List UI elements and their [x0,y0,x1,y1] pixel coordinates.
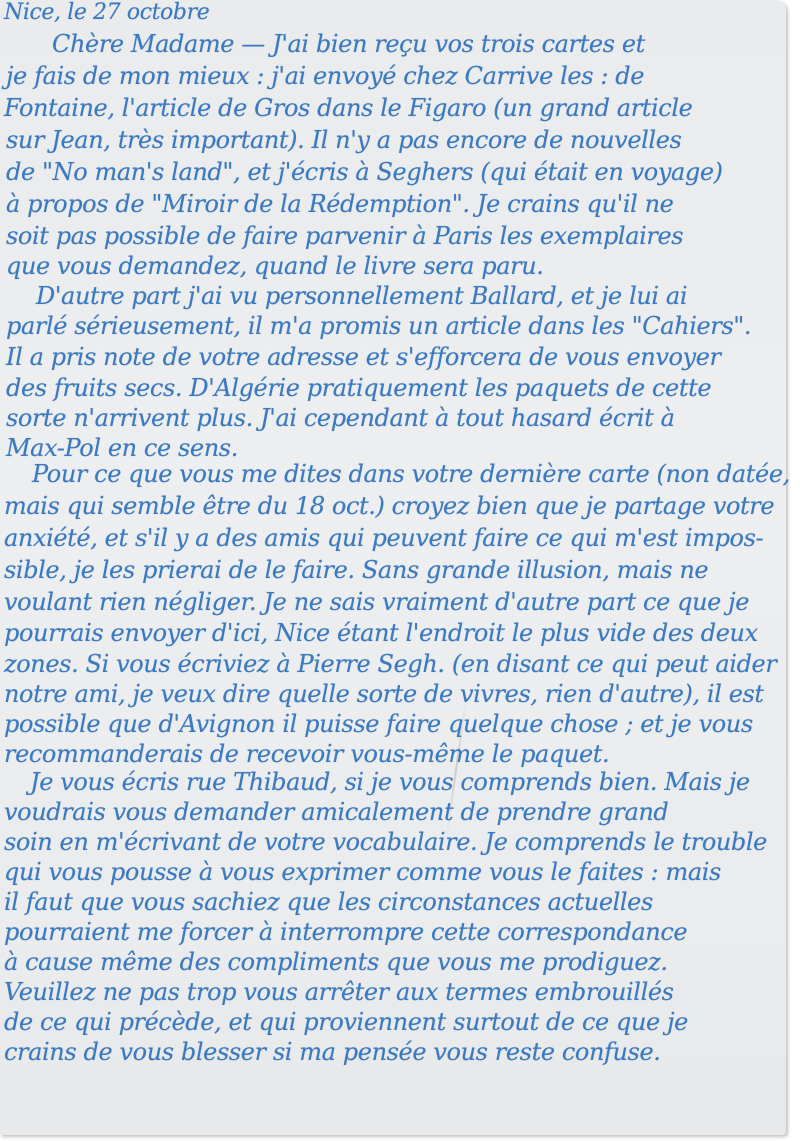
letter-line: voudrais vous demander amicalement de pr… [4,798,668,826]
letter-line: soin en m'écrivant de votre vocabulaire.… [4,828,767,856]
letter-line: mais qui semble être du 18 oct.) croyez … [4,492,774,520]
letter-line: crains de vous blesser si ma pensée vous… [4,1038,661,1066]
letter-line: à propos de "Miroir de la Rédemption". J… [6,190,673,218]
letter-line: recommanderais de recevoir vous-même le … [4,740,609,768]
letter-line: sorte n'arrivent plus. J'ai cependant à … [6,404,675,432]
letter-line: voulant rien négliger. Je ne sais vraime… [4,588,749,616]
letter-line: possible que d'Avignon il puisse faire q… [4,710,753,738]
letter-line: zones. Si vous écriviez à Pierre Segh. (… [4,650,776,678]
letter-line: qui vous pousse à vous exprimer comme vo… [4,858,721,886]
letter-line: Pour ce que vous me dites dans votre der… [32,460,790,488]
letter-line: Fontaine, l'article de Gros dans le Figa… [4,94,692,122]
letter-line: Max-Pol en ce sens. [6,434,238,462]
letter-line: Veuillez ne pas trop vous arrêter aux te… [4,978,674,1006]
letter-line: anxiété, et s'il y a des amis qui peuven… [4,524,763,552]
letter-line: soit pas possible de faire parvenir à Pa… [6,222,683,250]
letter-line: je fais de mon mieux : j'ai envoyé chez … [6,62,644,90]
letter-line: pourrais envoyer d'ici, Nice étant l'end… [4,619,758,647]
letter-line: Je vous écris rue Thibaud, si je vous co… [30,768,750,796]
letter-line: sur Jean, très important). Il n'y a pas … [6,126,681,154]
letter-line: D'autre part j'ai vu personnellement Bal… [36,282,687,310]
letter-line: Chère Madame — J'ai bien reçu vos trois … [52,30,645,58]
letter-line: de ce qui précède, et qui proviennent su… [4,1008,688,1036]
letter-line: des fruits secs. D'Algérie pratiquement … [6,374,711,402]
letter-line: que vous demandez, quand le livre sera p… [6,252,543,280]
letter-line: sible, je les prierai de le faire. Sans … [4,556,708,584]
letter-line: notre ami, je veux dire quelle sorte de … [4,680,764,708]
letter-line: parlé sérieusement, il m'a promis un art… [6,312,751,340]
letter-line: Il a pris note de votre adresse et s'eff… [6,343,721,371]
letter-line: de "No man's land", et j'écris à Seghers… [6,158,723,186]
letter-line: pourraient me forcer à interrompre cette… [4,918,687,946]
letter-line: il faut que vous sachiez que les circons… [4,888,653,916]
dateline: Nice, le 27 octobre [4,0,209,25]
letter-line: à cause même des compliments que vous me… [4,948,668,976]
